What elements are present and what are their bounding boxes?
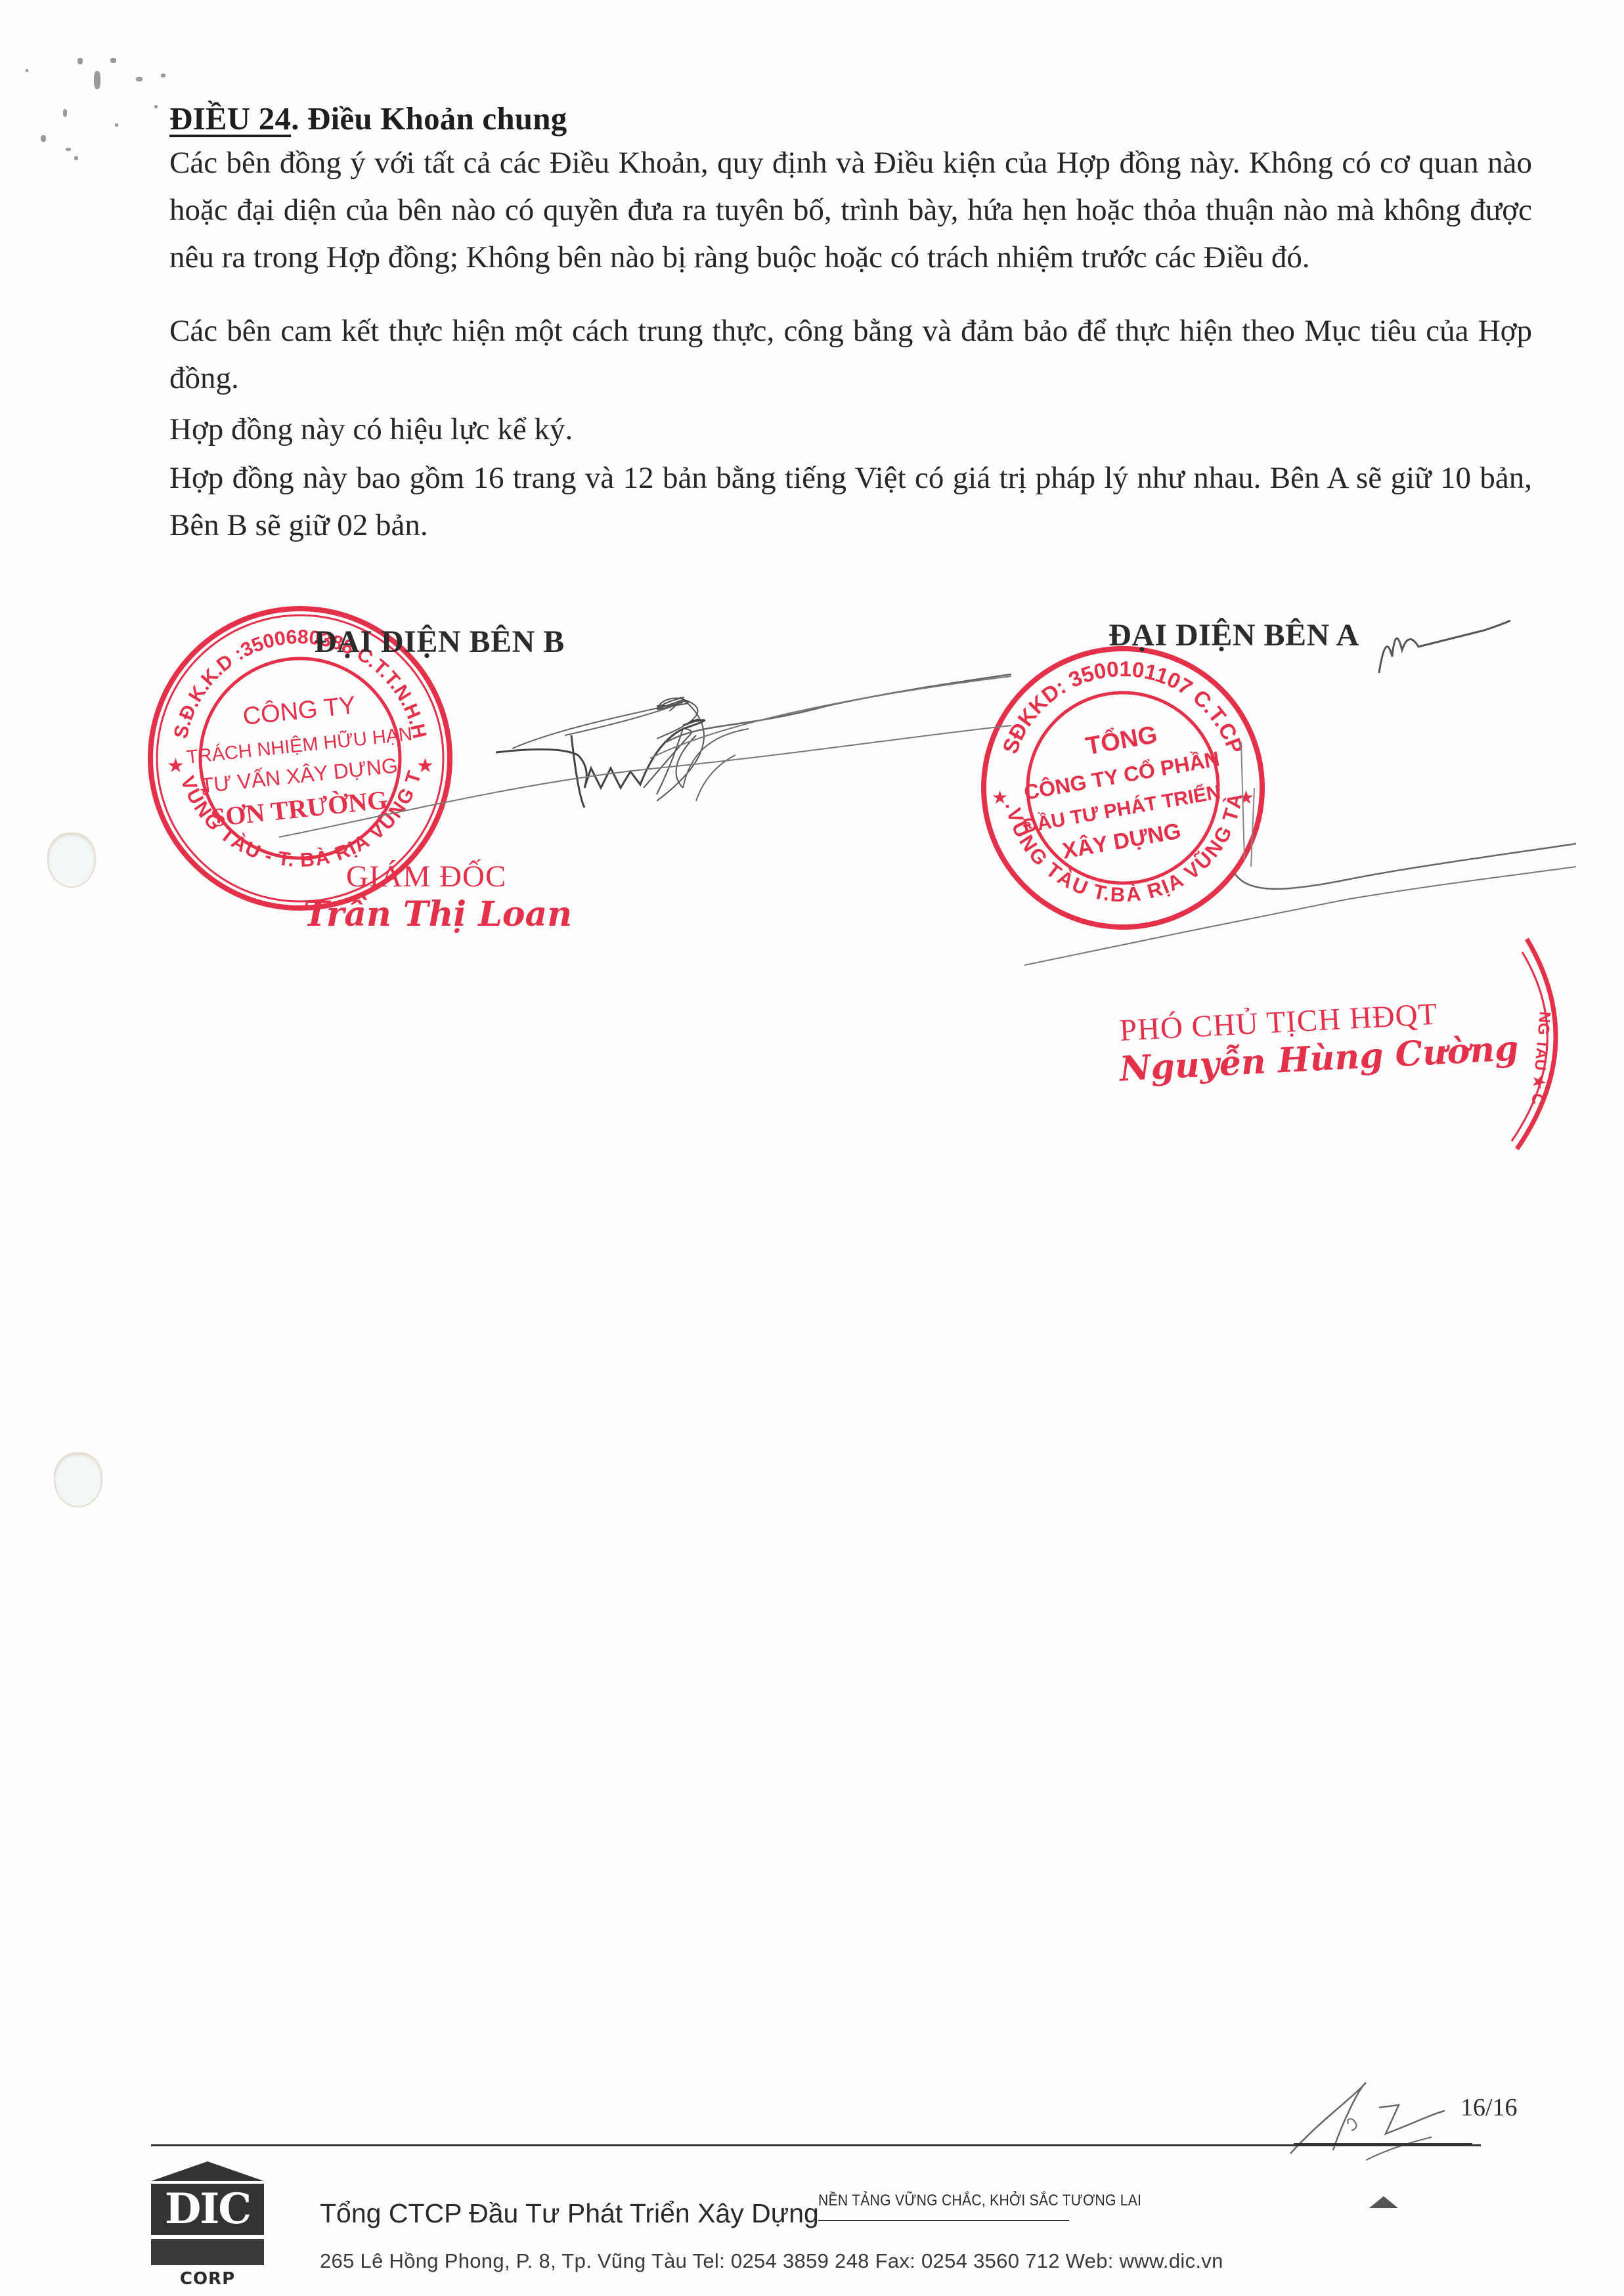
article-title: . Điều Khoản chung bbox=[291, 100, 567, 137]
footer-company-name: Tổng CTCP Đầu Tư Phát Triển Xây Dựng bbox=[320, 2198, 819, 2229]
dic-corp-logo: DIC CORP bbox=[151, 2161, 269, 2293]
slogan-divider bbox=[818, 2220, 1069, 2221]
party-b-heading: ĐẠI DIỆN BÊN B bbox=[314, 624, 565, 660]
svg-text:★: ★ bbox=[416, 755, 434, 777]
punch-hole bbox=[47, 833, 96, 888]
contract-page: ĐIỀU 24. Điều Khoản chung Các bên đồng ý… bbox=[0, 0, 1624, 2296]
party-a-heading: ĐẠI DIỆN BÊN A bbox=[1108, 617, 1359, 653]
svg-text:★: ★ bbox=[1238, 788, 1254, 808]
svg-text:★: ★ bbox=[167, 755, 185, 777]
logo-sub: CORP bbox=[151, 2269, 264, 2289]
article-heading: ĐIỀU 24. Điều Khoản chung bbox=[169, 100, 567, 137]
logo-letters: DIC bbox=[151, 2184, 264, 2235]
edge-seal-fragment: NG TAU ★ C bbox=[1504, 932, 1589, 1156]
svg-text:CÔNG TY: CÔNG TY bbox=[242, 690, 357, 731]
svg-text:TỔNG: TỔNG bbox=[1084, 719, 1160, 760]
footer-address: 265 Lê Hồng Phong, P. 8, Tp. Vũng Tàu Te… bbox=[320, 2249, 1223, 2273]
party-b-name: Trần Thị Loan bbox=[303, 894, 572, 934]
paragraph-3: Hợp đồng này có hiệu lực kể ký. bbox=[169, 406, 1532, 453]
svg-text:NG TAU ★ C: NG TAU ★ C bbox=[1528, 1010, 1554, 1105]
paragraph-4: Hợp đồng này bao gồm 16 trang và 12 bản … bbox=[169, 454, 1532, 549]
party-a-company-seal: SĐKKD: 3500101107 C.T.CP TP.VŨNG TÀU T.B… bbox=[978, 643, 1267, 932]
page-number: 16/16 bbox=[1460, 2093, 1518, 2122]
footer-divider bbox=[151, 2144, 1481, 2146]
roof-mark-icon bbox=[1369, 2196, 1398, 2208]
paragraph-2: Các bên cam kết thực hiện một cách trung… bbox=[169, 307, 1532, 402]
article-number: ĐIỀU 24 bbox=[169, 100, 291, 137]
footer-slogan: NỀN TẢNG VỮNG CHẮC, KHỞI SẮC TƯƠNG LAI bbox=[818, 2192, 1141, 2210]
logo-roof-icon bbox=[151, 2161, 264, 2181]
paragraph-1: Các bên đồng ý với tất cả các Điều Khoản… bbox=[169, 139, 1532, 281]
svg-text:★: ★ bbox=[992, 788, 1008, 808]
party-b-role: GIÁM ĐỐC bbox=[346, 859, 506, 894]
punch-hole bbox=[54, 1452, 102, 1507]
